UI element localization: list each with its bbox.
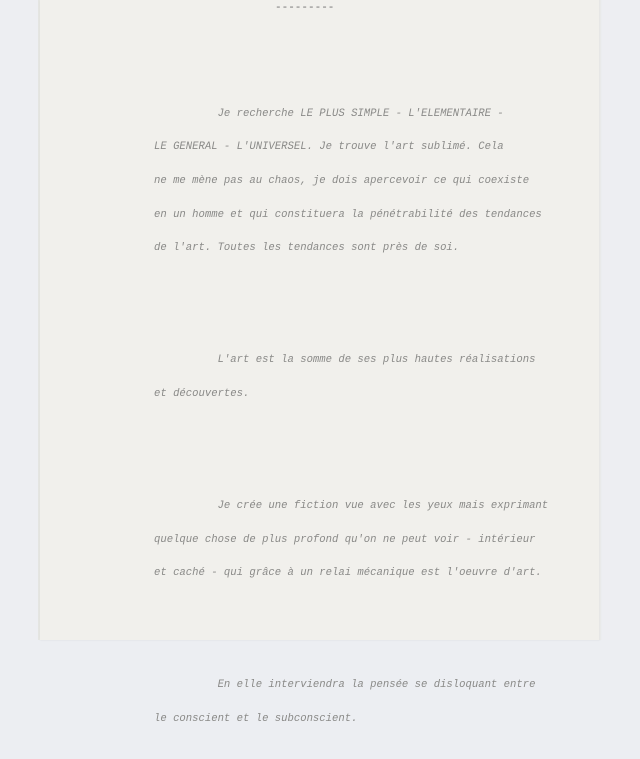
paragraph-2: L'art est la somme de ses plus hautes ré… bbox=[154, 333, 594, 423]
text-line: LE GENERAL - L'UNIVERSEL. Je trouve l'ar… bbox=[154, 142, 594, 153]
page-edge-right bbox=[599, 0, 602, 640]
text-line: ne me mène pas au chaos, je dois apercev… bbox=[154, 176, 594, 187]
text-line: L'art est la somme de ses plus hautes ré… bbox=[154, 355, 594, 366]
text-line: Je recherche LE PLUS SIMPLE - L'ELEMENTA… bbox=[154, 109, 594, 120]
document-body: Je recherche LE PLUS SIMPLE - L'ELEMENTA… bbox=[154, 64, 594, 640]
text-line: de l'art. Toutes les tendances sont près… bbox=[154, 243, 594, 254]
paragraph-1: Je recherche LE PLUS SIMPLE - L'ELEMENTA… bbox=[154, 86, 594, 276]
paragraph-gap bbox=[154, 299, 594, 310]
text-line: et découvertes. bbox=[154, 389, 594, 400]
header-dash-rule: --------- bbox=[275, 2, 334, 14]
text-line: quelque chose de plus profond qu'on ne p… bbox=[154, 535, 594, 546]
paragraph-gap bbox=[154, 445, 594, 456]
text-line: en un homme et qui constituera la pénétr… bbox=[154, 210, 594, 221]
text-line: et caché - qui grâce à un relai mécaniqu… bbox=[154, 568, 594, 579]
paragraph-3: Je crée une fiction vue avec les yeux ma… bbox=[154, 478, 594, 601]
paragraph-gap bbox=[154, 624, 594, 635]
text-line: Je crée une fiction vue avec les yeux ma… bbox=[154, 501, 594, 512]
